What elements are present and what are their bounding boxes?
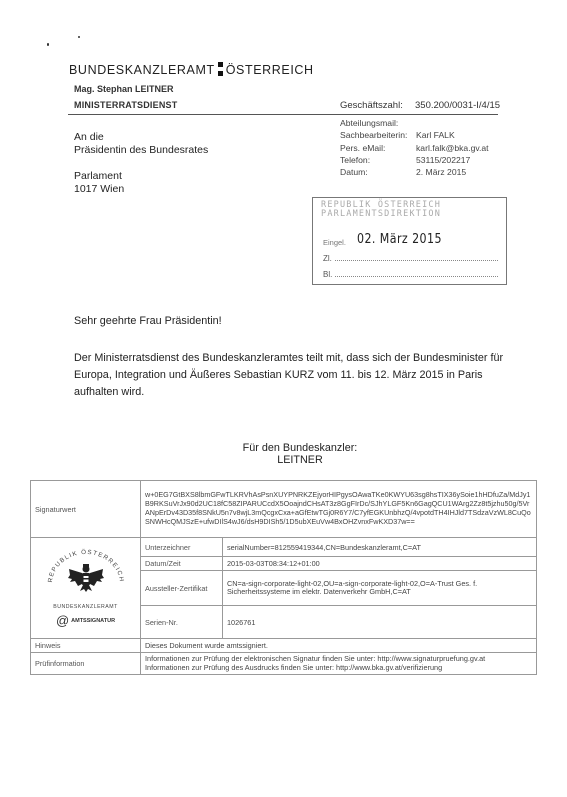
contact-value: 53115/202217 (416, 155, 470, 167)
org-name-left: BUNDESKANZLERAMT (69, 63, 215, 77)
contact-label: Abteilungsmail: (340, 118, 416, 130)
reference-number: 350.200/0031-I/4/15 (415, 100, 500, 111)
stamp-header: REPUBLIK ÖSTERREICH PARLAMENTSDIREKTION (321, 201, 441, 219)
datetime-label: Datum/Zeit (141, 557, 223, 571)
contact-row: Pers. eMail:karl.falk@bka.gv.at (340, 143, 489, 155)
verification-line: Informationen zur Prüfung des Ausdrucks … (145, 664, 532, 673)
stamp-bl-label: Bl. (323, 270, 332, 279)
table-row: Hinweis Dieses Dokument wurde amtssignie… (31, 639, 537, 653)
signer-value: serialNumber=812559419344,CN=Bundeskanzl… (223, 538, 537, 557)
stamp-bl-line: Bl. (323, 270, 498, 279)
closing: Für den Bundeskanzler: (200, 442, 400, 454)
recipient-address: Parlament 1017 Wien (74, 170, 124, 196)
sender-department: MINISTERRATSDIENST (74, 100, 177, 110)
serial-value: 1026761 (223, 606, 537, 639)
letterhead-brand: BUNDESKANZLERAMTÖSTERREICH (69, 62, 314, 77)
table-row: REPUBLIK ÖSTERREICH BUNDESKANZLERAMT @ A… (31, 538, 537, 557)
header-divider (68, 114, 498, 115)
serial-label: Serien-Nr. (141, 606, 223, 639)
badge-label: AMTSSIGNATUR (71, 618, 115, 624)
signer-name: LEITNER (200, 454, 400, 466)
contact-row: Datum:2. März 2015 (340, 167, 489, 179)
signer-label: Unterzeichner (141, 538, 223, 557)
issuer-value: CN=a-sign-corporate-light-02,OU=a-sign-c… (223, 571, 537, 606)
austrian-eagle-seal-icon: REPUBLIK ÖSTERREICH (40, 544, 132, 600)
reference-label: Geschäftszahl: (340, 100, 403, 111)
table-row: Prüfinformation Informationen zur Prüfun… (31, 653, 537, 675)
stamp-received-label: Eingel. (323, 238, 346, 247)
stamp-header-line: PARLAMENTSDIREKTION (321, 210, 441, 219)
verification-info: Informationen zur Prüfung der elektronis… (141, 653, 537, 675)
letter-body: Der Ministerratsdienst des Bundeskanzler… (74, 350, 524, 401)
official-seal: REPUBLIK ÖSTERREICH BUNDESKANZLERAMT @ A… (31, 538, 141, 639)
contact-row: Sachbearbeiterin:Karl FALK (340, 130, 489, 142)
org-name-right: ÖSTERREICH (226, 63, 314, 77)
contact-info: Abteilungsmail: Sachbearbeiterin:Karl FA… (340, 118, 489, 179)
signature-value: w+0EG7GtBXS8lbmGFwTLKRVhAsPsnXUYPNRKZEjy… (141, 481, 537, 538)
receipt-stamp: REPUBLIK ÖSTERREICH PARLAMENTSDIREKTION … (312, 197, 507, 285)
table-row: Signaturwert w+0EG7GtBXS8lbmGFwTLKRVhAsP… (31, 481, 537, 538)
verification-label: Prüfinformation (31, 653, 141, 675)
contact-value: Karl FALK (416, 130, 455, 142)
notice-value: Dieses Dokument wurde amtssigniert. (141, 639, 537, 653)
contact-label: Datum: (340, 167, 416, 179)
sender-name: Mag. Stephan LEITNER (74, 84, 174, 94)
scan-speck (78, 36, 80, 38)
recipient-line: Parlament (74, 170, 124, 183)
datetime-value: 2015-03-03T08:34:12+01:00 (223, 557, 537, 571)
contact-label: Pers. eMail: (340, 143, 416, 155)
recipient-line: Präsidentin des Bundesrates (74, 144, 208, 157)
recipient-line: An die (74, 131, 208, 144)
signature-table: Signaturwert w+0EG7GtBXS8lbmGFwTLKRVhAsP… (30, 480, 537, 675)
stamp-zl-label: Zl. (323, 254, 332, 263)
contact-label: Sachbearbeiterin: (340, 130, 416, 142)
logo-colon-icon (218, 62, 223, 76)
recipient-line: 1017 Wien (74, 183, 124, 196)
signature-value-label: Signaturwert (31, 481, 141, 538)
contact-value: karl.falk@bka.gv.at (416, 143, 489, 155)
contact-row: Abteilungsmail: (340, 118, 489, 130)
stamp-received-date: 02. März 2015 (357, 232, 442, 247)
contact-value: 2. März 2015 (416, 167, 466, 179)
salutation: Sehr geehrte Frau Präsidentin! (74, 315, 222, 327)
notice-label: Hinweis (31, 639, 141, 653)
amtssignatur-badge: @ AMTSSIGNATUR (33, 616, 138, 626)
signature-heading: Für den Bundeskanzler: LEITNER (200, 442, 400, 466)
seal-org: BUNDESKANZLERAMT (33, 604, 138, 610)
contact-label: Telefon: (340, 155, 416, 167)
issuer-label: Aussteller-Zertifikat (141, 571, 223, 606)
scan-speck (47, 43, 49, 46)
stamp-zl-line: Zl. (323, 254, 498, 263)
at-sign-icon: @ (56, 616, 69, 626)
contact-row: Telefon:53115/202217 (340, 155, 489, 167)
recipient-block: An die Präsidentin des Bundesrates (74, 131, 208, 157)
